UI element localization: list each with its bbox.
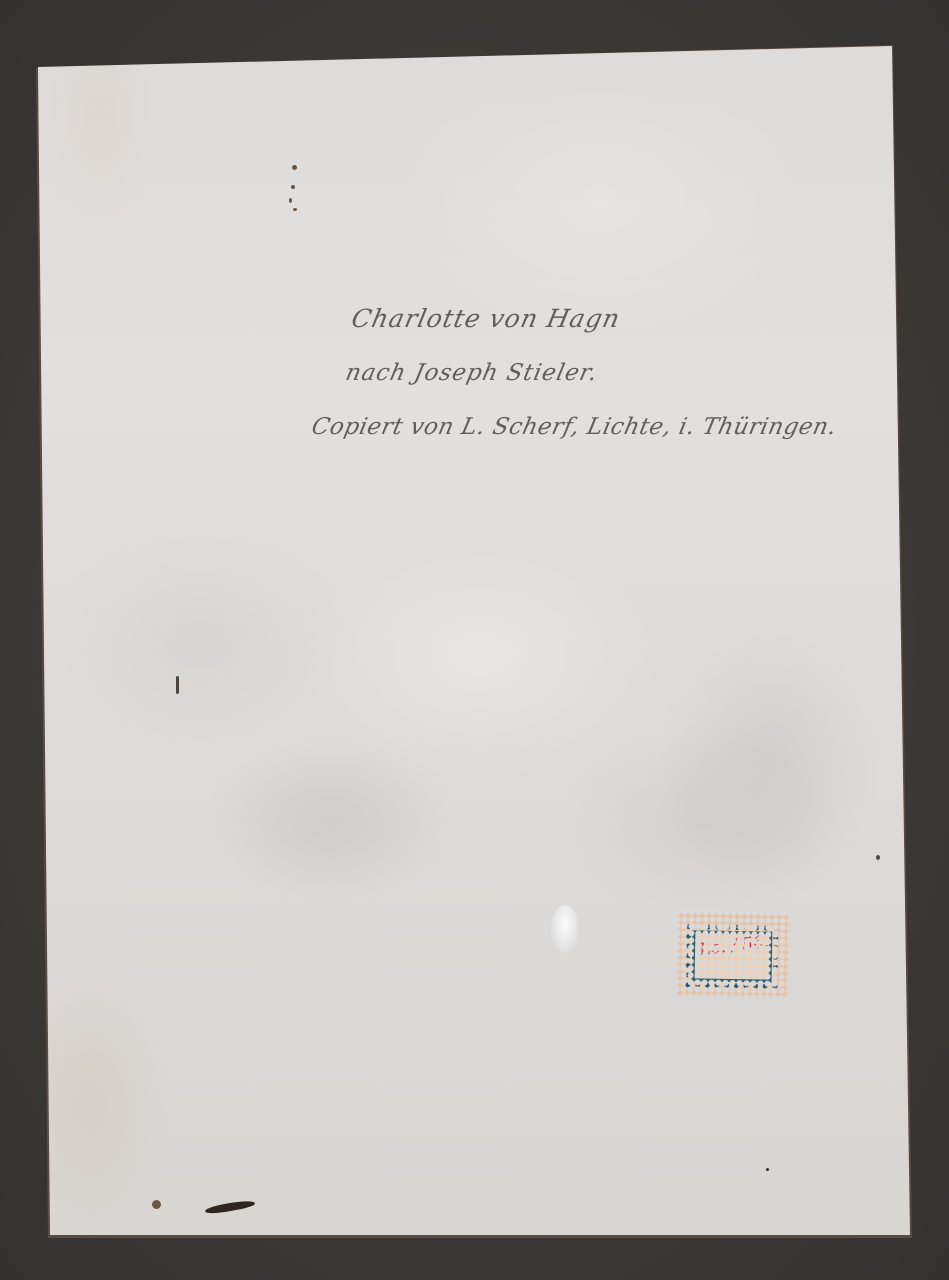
foxing-spot <box>176 676 179 694</box>
paper-card <box>0 0 949 1280</box>
foxing-spot <box>152 1200 161 1209</box>
inscription-title: Charlotte von Hagn <box>349 304 623 333</box>
inscription-attribution: nach Joseph Stieler. <box>343 360 600 386</box>
foxing-spot <box>291 185 295 189</box>
stamp-border: Lo. / 56. <box>685 924 778 989</box>
foxing-spot <box>876 855 880 860</box>
foxing-spot <box>766 1168 769 1171</box>
glossy-spot <box>551 905 579 953</box>
foxing-spot <box>293 208 297 211</box>
foxing-spot <box>289 198 292 203</box>
foxing-spot <box>292 165 297 170</box>
label-stamp: Lo. / 56. <box>676 912 789 998</box>
stamp-handwritten-note: Lo. / 56. <box>698 932 770 960</box>
inscription-copyist: Copiert von L. Scherf, Lichte, i. Thürin… <box>309 414 839 440</box>
